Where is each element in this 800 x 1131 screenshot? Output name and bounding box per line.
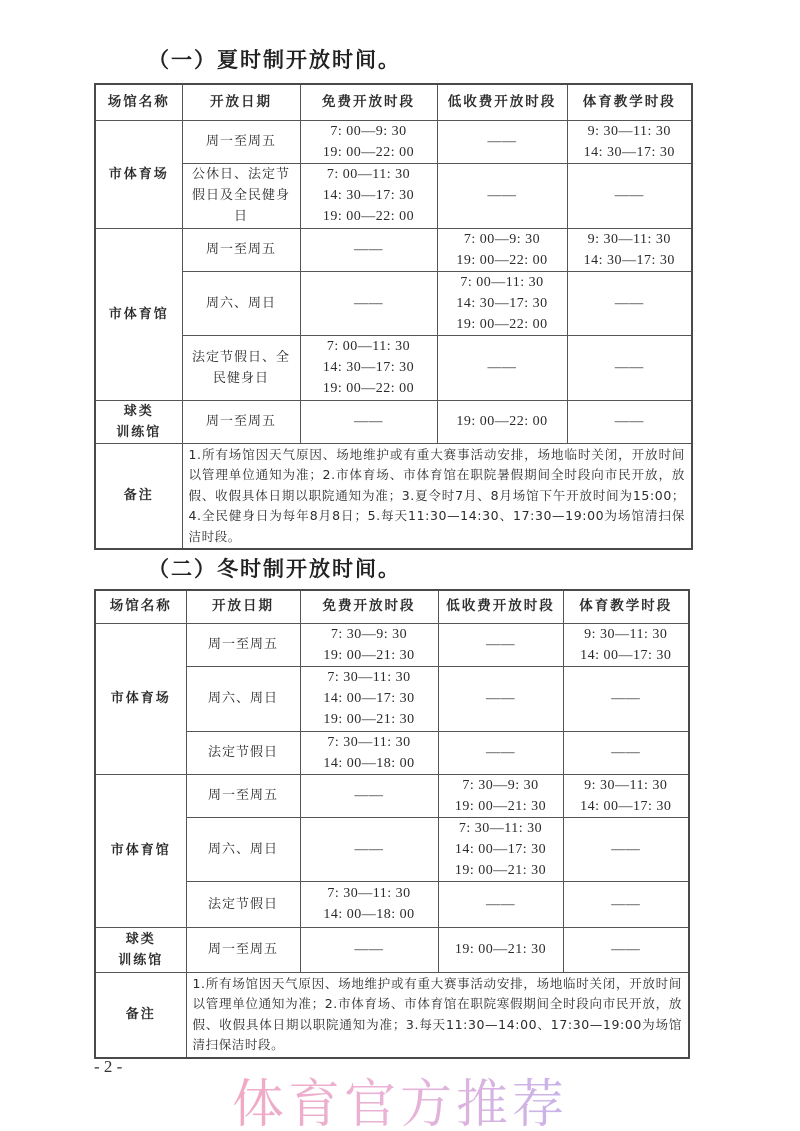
winter-section-title: （二）冬时制开放时间。 bbox=[148, 553, 401, 583]
low-fee-cell: 19: 00—22: 00 bbox=[437, 400, 567, 443]
table-row: 公休日、法定节假日及全民健身日 7: 00—11: 3014: 30—17: 3… bbox=[95, 163, 692, 228]
free-cell: 7: 00—11: 3014: 30—17: 3019: 00—22: 00 bbox=[300, 335, 437, 400]
date-cell: 法定节假日、全民健身日 bbox=[182, 335, 300, 400]
table-header-row: 场馆名称 开放日期 免费开放时段 低收费开放时段 体育教学时段 bbox=[95, 84, 692, 120]
venue-name: 球类训练馆 bbox=[95, 400, 182, 443]
low-fee-cell: —— bbox=[438, 666, 563, 731]
table-row: 法定节假日、全民健身日 7: 00—11: 3014: 30—17: 3019:… bbox=[95, 335, 692, 400]
low-fee-cell: —— bbox=[437, 163, 567, 228]
free-cell: —— bbox=[300, 817, 438, 881]
notes-text: 1.所有场馆因天气原因、场地维护或有重大赛事活动安排，场地临时关闭，开放时间以管… bbox=[182, 443, 692, 549]
header-teaching: 体育教学时段 bbox=[567, 84, 692, 120]
date-cell: 公休日、法定节假日及全民健身日 bbox=[182, 163, 300, 228]
teaching-cell: —— bbox=[567, 400, 692, 443]
header-venue: 场馆名称 bbox=[95, 84, 182, 120]
winter-schedule-table: 场馆名称 开放日期 免费开放时段 低收费开放时段 体育教学时段 市体育场 周一至… bbox=[94, 589, 690, 1059]
date-cell: 周一至周五 bbox=[186, 623, 300, 666]
low-fee-cell: 7: 30—9: 3019: 00—21: 30 bbox=[438, 774, 563, 817]
free-cell: —— bbox=[300, 774, 438, 817]
low-fee-cell: 7: 00—9: 3019: 00—22: 00 bbox=[437, 228, 567, 271]
table-row: 市体育馆 周一至周五 —— 7: 30—9: 3019: 00—21: 30 9… bbox=[95, 774, 689, 817]
date-cell: 周六、周日 bbox=[182, 271, 300, 335]
table-row: 市体育馆 周一至周五 —— 7: 00—9: 3019: 00—22: 00 9… bbox=[95, 228, 692, 271]
table-row: 球类训练馆 周一至周五 —— 19: 00—21: 30 —— bbox=[95, 927, 689, 972]
free-cell: —— bbox=[300, 228, 437, 271]
free-cell: 7: 30—11: 3014: 00—18: 00 bbox=[300, 731, 438, 774]
header-teaching: 体育教学时段 bbox=[563, 590, 689, 623]
free-cell: 7: 00—9: 3019: 00—22: 00 bbox=[300, 120, 437, 163]
teaching-cell: —— bbox=[563, 927, 689, 972]
free-cell: —— bbox=[300, 927, 438, 972]
notes-row: 备注 1.所有场馆因天气原因、场地维护或有重大赛事活动安排，场地临时关闭，开放时… bbox=[95, 972, 689, 1058]
free-cell: 7: 00—11: 3014: 30—17: 3019: 00—22: 00 bbox=[300, 163, 437, 228]
low-fee-cell: 7: 00—11: 3014: 30—17: 3019: 00—22: 00 bbox=[437, 271, 567, 335]
low-fee-cell: —— bbox=[437, 120, 567, 163]
date-cell: 周一至周五 bbox=[182, 400, 300, 443]
low-fee-cell: 19: 00—21: 30 bbox=[438, 927, 563, 972]
table-row: 球类训练馆 周一至周五 —— 19: 00—22: 00 —— bbox=[95, 400, 692, 443]
header-free: 免费开放时段 bbox=[300, 84, 437, 120]
date-cell: 周六、周日 bbox=[186, 666, 300, 731]
header-date: 开放日期 bbox=[182, 84, 300, 120]
venue-name: 市体育场 bbox=[95, 120, 182, 228]
table-row: 周六、周日 —— 7: 00—11: 3014: 30—17: 3019: 00… bbox=[95, 271, 692, 335]
free-cell: 7: 30—11: 3014: 00—17: 3019: 00—21: 30 bbox=[300, 666, 438, 731]
free-cell: 7: 30—11: 3014: 00—18: 00 bbox=[300, 881, 438, 927]
teaching-cell: —— bbox=[563, 881, 689, 927]
notes-label: 备注 bbox=[95, 443, 182, 549]
date-cell: 法定节假日 bbox=[186, 731, 300, 774]
teaching-cell: —— bbox=[567, 335, 692, 400]
teaching-cell: 9: 30—11: 3014: 30—17: 30 bbox=[567, 120, 692, 163]
header-low-fee: 低收费开放时段 bbox=[437, 84, 567, 120]
venue-name: 市体育场 bbox=[95, 623, 186, 774]
notes-label: 备注 bbox=[95, 972, 186, 1058]
teaching-cell: —— bbox=[567, 163, 692, 228]
low-fee-cell: —— bbox=[437, 335, 567, 400]
teaching-cell: —— bbox=[563, 666, 689, 731]
watermark-text: 体育官方推荐 bbox=[232, 1062, 568, 1131]
page-number: - 2 - bbox=[94, 1057, 122, 1077]
venue-name: 球类训练馆 bbox=[95, 927, 186, 972]
low-fee-cell: —— bbox=[438, 731, 563, 774]
teaching-cell: —— bbox=[563, 817, 689, 881]
header-free: 免费开放时段 bbox=[300, 590, 438, 623]
low-fee-cell: —— bbox=[438, 881, 563, 927]
date-cell: 周一至周五 bbox=[186, 774, 300, 817]
teaching-cell: 9: 30—11: 3014: 00—17: 30 bbox=[563, 623, 689, 666]
date-cell: 周一至周五 bbox=[182, 120, 300, 163]
teaching-cell: —— bbox=[567, 271, 692, 335]
table-row: 市体育场 周一至周五 7: 00—9: 3019: 00—22: 00 —— 9… bbox=[95, 120, 692, 163]
teaching-cell: —— bbox=[563, 731, 689, 774]
header-venue: 场馆名称 bbox=[95, 590, 186, 623]
date-cell: 周一至周五 bbox=[186, 927, 300, 972]
venue-name: 市体育馆 bbox=[95, 228, 182, 400]
free-cell: —— bbox=[300, 400, 437, 443]
venue-name: 市体育馆 bbox=[95, 774, 186, 927]
summer-schedule-table: 场馆名称 开放日期 免费开放时段 低收费开放时段 体育教学时段 市体育场 周一至… bbox=[94, 83, 693, 550]
notes-text: 1.所有场馆因天气原因、场地维护或有重大赛事活动安排，场地临时关闭，开放时间以管… bbox=[186, 972, 689, 1058]
teaching-cell: 9: 30—11: 3014: 30—17: 30 bbox=[567, 228, 692, 271]
table-header-row: 场馆名称 开放日期 免费开放时段 低收费开放时段 体育教学时段 bbox=[95, 590, 689, 623]
header-low-fee: 低收费开放时段 bbox=[438, 590, 563, 623]
header-date: 开放日期 bbox=[186, 590, 300, 623]
date-cell: 周六、周日 bbox=[186, 817, 300, 881]
notes-row: 备注 1.所有场馆因天气原因、场地维护或有重大赛事活动安排，场地临时关闭，开放时… bbox=[95, 443, 692, 549]
low-fee-cell: —— bbox=[438, 623, 563, 666]
free-cell: —— bbox=[300, 271, 437, 335]
summer-section-title: （一）夏时制开放时间。 bbox=[148, 44, 401, 74]
table-row: 市体育场 周一至周五 7: 30—9: 3019: 00—21: 30 —— 9… bbox=[95, 623, 689, 666]
free-cell: 7: 30—9: 3019: 00—21: 30 bbox=[300, 623, 438, 666]
date-cell: 法定节假日 bbox=[186, 881, 300, 927]
date-cell: 周一至周五 bbox=[182, 228, 300, 271]
low-fee-cell: 7: 30—11: 3014: 00—17: 3019: 00—21: 30 bbox=[438, 817, 563, 881]
teaching-cell: 9: 30—11: 3014: 00—17: 30 bbox=[563, 774, 689, 817]
